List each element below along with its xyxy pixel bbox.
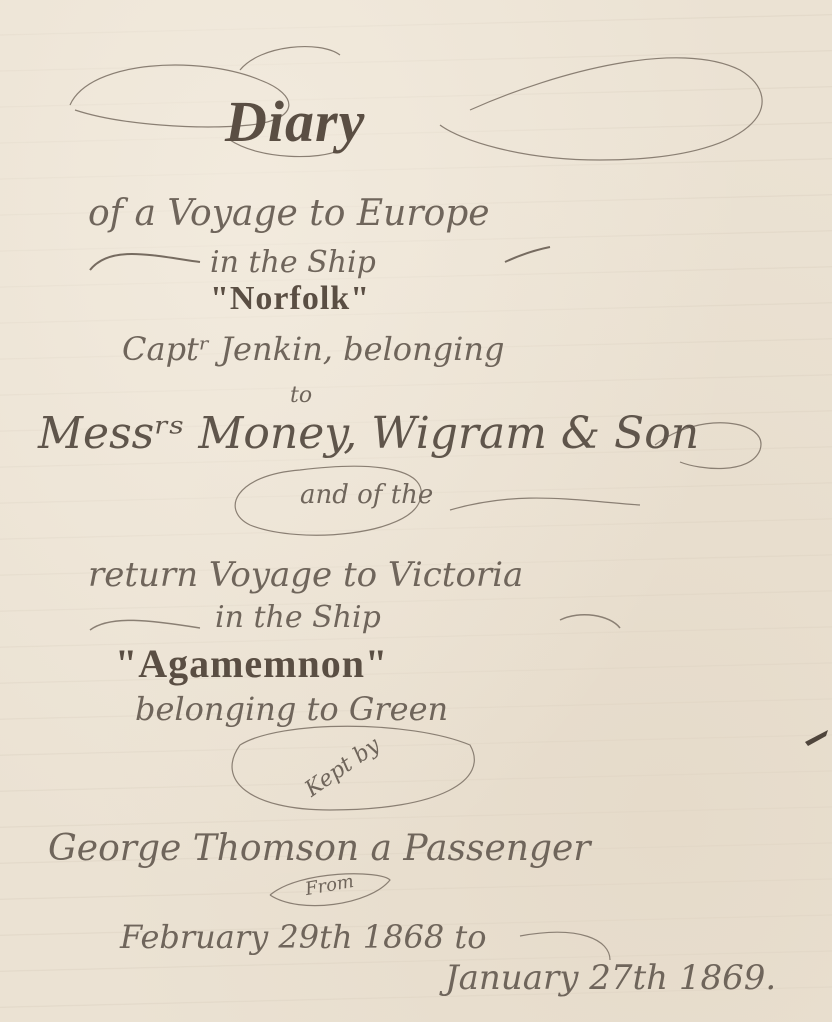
line-to: to [290, 383, 312, 408]
line-and-of-the: and of the [300, 480, 433, 510]
line-owners: Messʳˢ Money, Wigram & Son [38, 408, 699, 459]
ship-name-norfolk: "Norfolk" [210, 280, 370, 318]
line-belonging: belonging to Green [135, 690, 448, 728]
line-voyage: of a Voyage to Europe [88, 193, 490, 234]
ship-name-agamemnon: "Agamemnon" [115, 640, 388, 687]
line-from: From [304, 871, 356, 900]
diary-title: Diary [225, 88, 365, 155]
line-author: George Thomson a Passenger [48, 828, 591, 869]
line-ship-2-prefix: in the Ship [215, 600, 381, 635]
line-date-start: February 29th 1868 to [120, 918, 487, 956]
line-date-end: January 27th 1869. [445, 958, 776, 998]
line-return: return Voyage to Victoria [88, 555, 523, 595]
line-ship-1-prefix: in the Ship [210, 245, 376, 280]
manuscript-page: Diary of a Voyage to Europe in the Ship … [0, 0, 832, 1022]
line-captain: Captʳ Jenkin, belonging [122, 330, 504, 368]
line-kept-by: Kept by [301, 733, 385, 802]
